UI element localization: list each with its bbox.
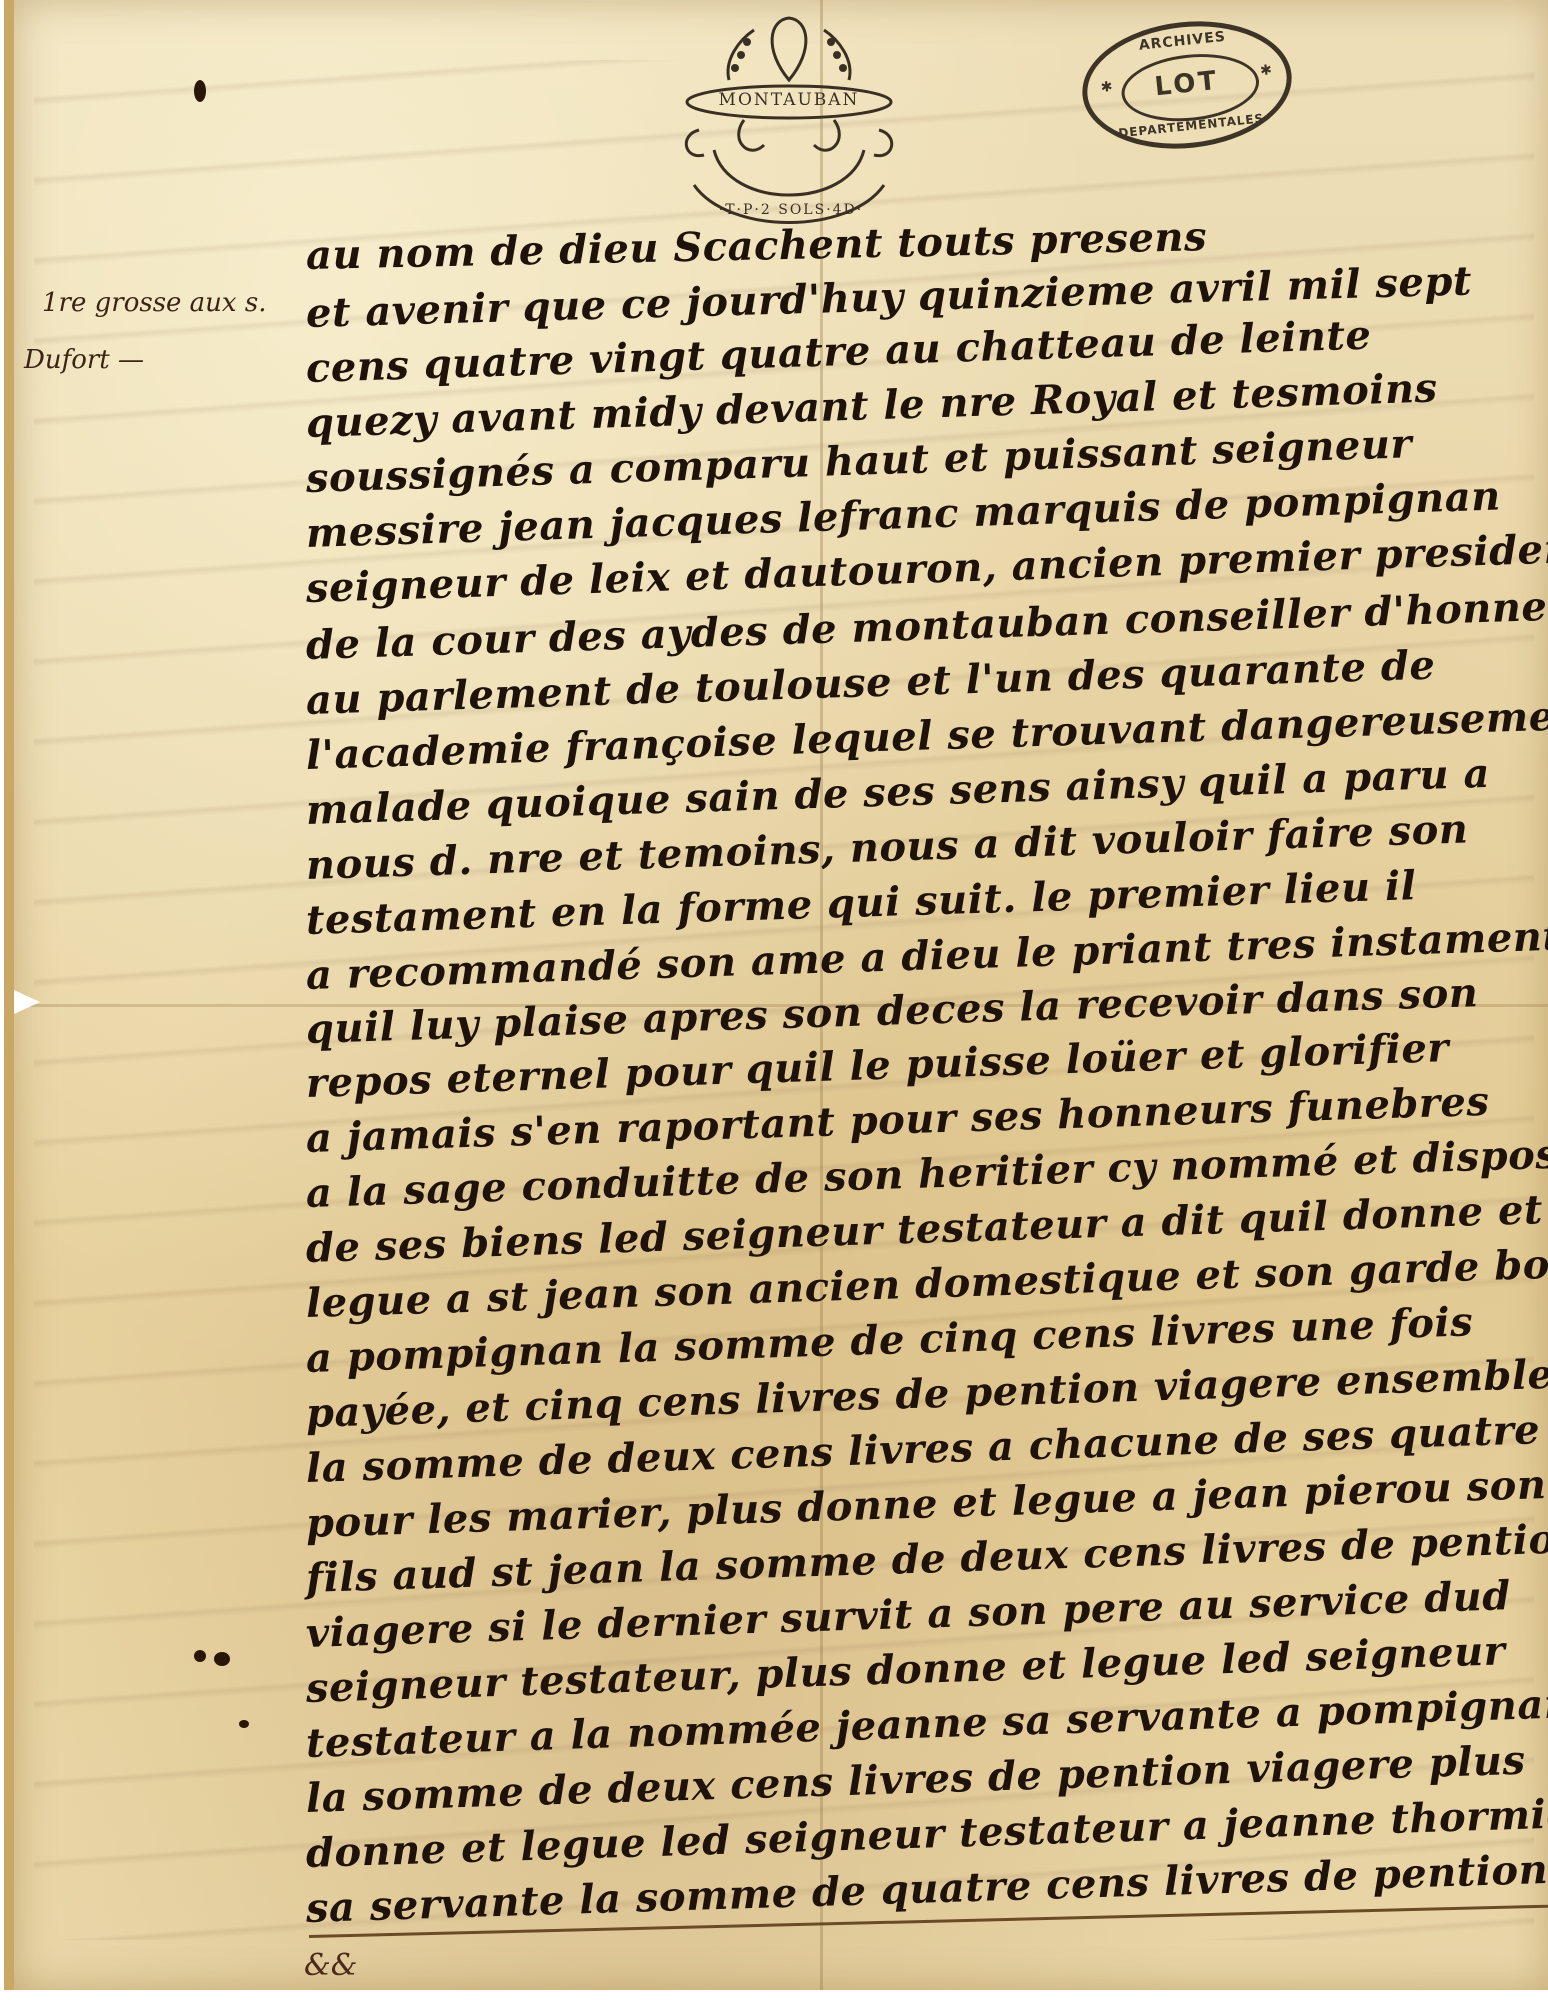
archives-label: ARCHIVES [1082,23,1283,60]
ink-blot [214,1652,230,1666]
left-edge-tear [14,990,40,1014]
archives-departementales-stamp: ARCHIVES ✱ ✱ LOT DEPARTEMENTALES [1076,11,1298,158]
ink-blot [239,1720,249,1728]
margin-note-dufort: Dufort — [24,345,144,375]
stamp-bottom-label: ·T·P·2 SOLS·4D· [709,202,873,218]
margin-note-grosse: 1re grosse aux s. [42,288,266,318]
ink-blot [194,80,206,102]
page-mark: && [304,1948,357,1983]
stamp-top-label: MONTAUBAN [707,90,871,110]
montauban-tax-stamp: MONTAUBAN ·T·P·2 SOLS·4D· [669,10,909,235]
ink-blot [194,1650,206,1662]
manuscript-page: MONTAUBAN ·T·P·2 SOLS·4D· ARCHIVES ✱ ✱ L… [4,0,1548,1990]
